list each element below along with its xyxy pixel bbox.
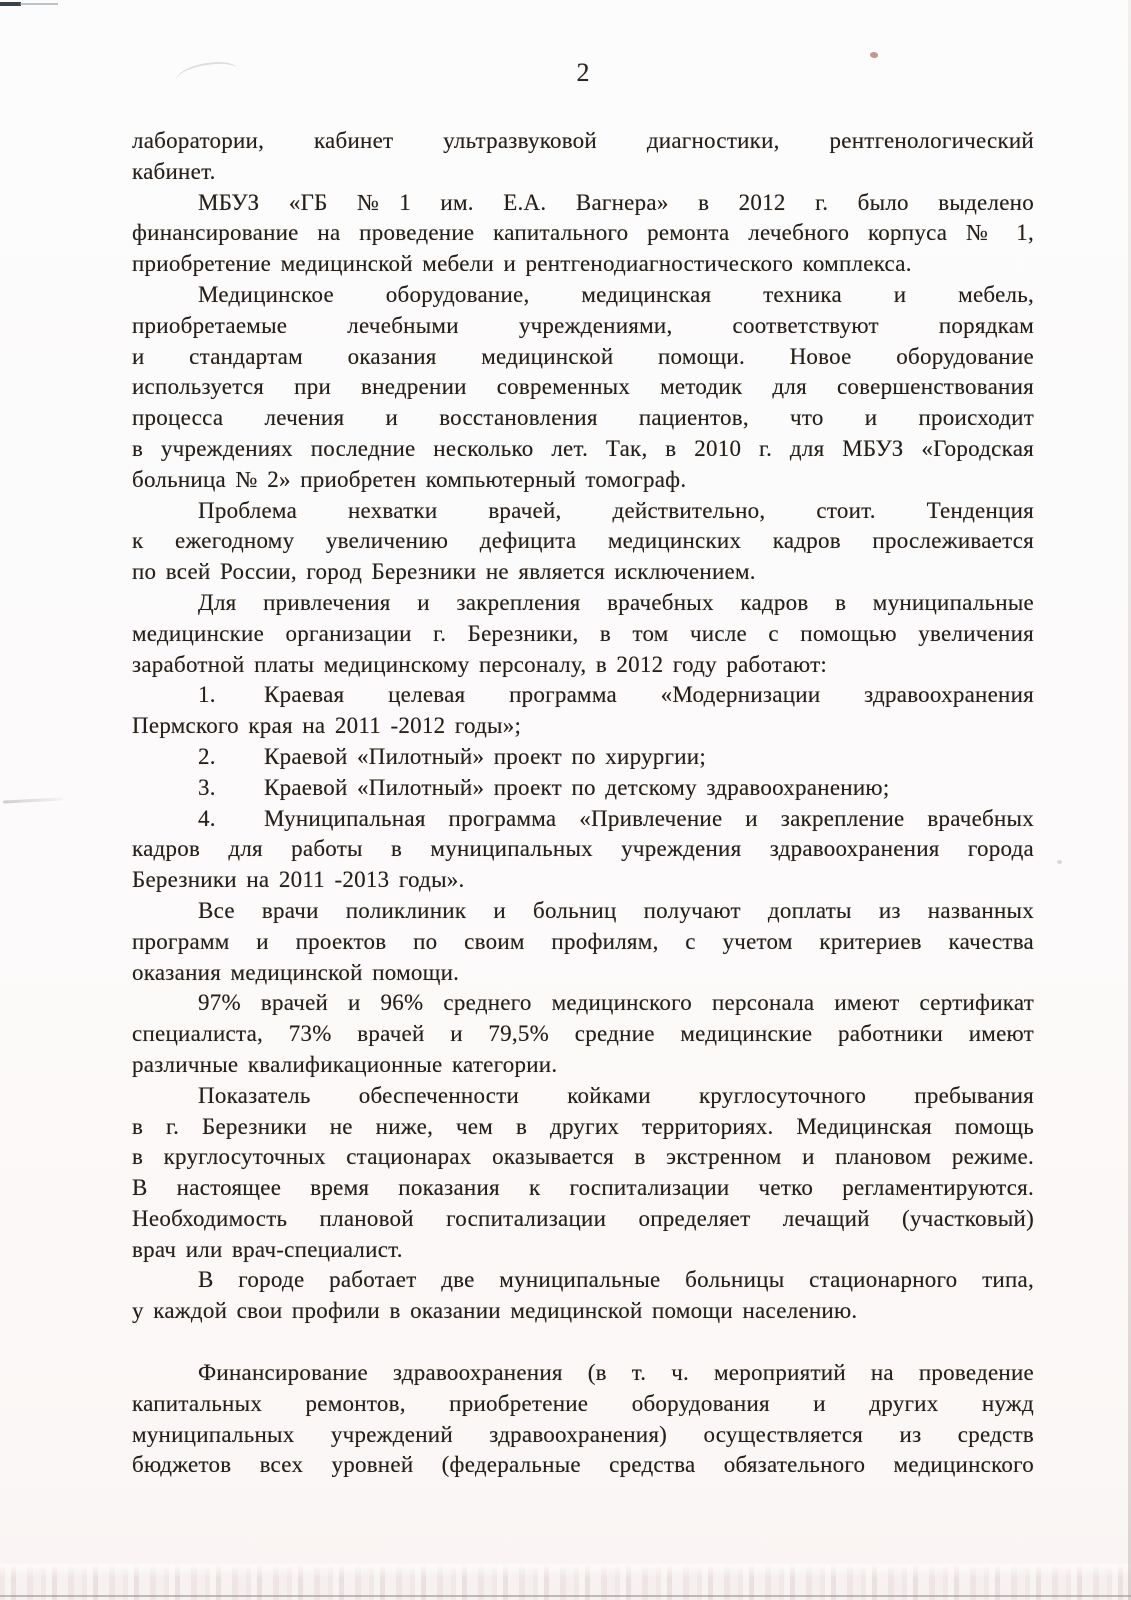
text-line: 3.Краевой «Пилотный» проект по детскому … <box>132 773 1034 804</box>
text-line: 97% врачей и 96% среднего медицинского п… <box>132 988 1034 1019</box>
margin-dot-artifact <box>1057 860 1062 864</box>
text-block: лаборатории, кабинет ультразвуковой диаг… <box>132 126 1034 1481</box>
list-number: 3. <box>198 773 264 804</box>
ink-dash-artifact <box>0 2 21 6</box>
text-line: Необходимость плановой госпитализации оп… <box>132 1204 1034 1235</box>
text-line: приобретение медицинской мебели и рентге… <box>132 249 1034 280</box>
text-line: 1.Краевая целевая программа «Модернизаци… <box>132 680 1034 711</box>
text-line: специалиста, 73% врачей и 79,5% средние … <box>132 1019 1034 1050</box>
text-line: больница № 2» приобретен компьютерный то… <box>132 465 1034 496</box>
text-line: заработной платы медицинскому персоналу,… <box>132 650 1034 681</box>
text-line: финансирование на проведение капитальног… <box>132 218 1034 249</box>
text-line: процесса лечения и восстановления пациен… <box>132 403 1034 434</box>
text-line: лаборатории, кабинет ультразвуковой диаг… <box>132 126 1034 157</box>
text-line: капитальных ремонтов, приобретение обору… <box>132 1389 1034 1420</box>
text-line: В городе работает две муниципальные боль… <box>132 1265 1034 1296</box>
list-number: 1. <box>198 680 264 711</box>
bottom-edge-line <box>0 1595 1131 1597</box>
text-line: Пермского края на 2011 -2012 годы»; <box>132 711 1034 742</box>
page-number: 2 <box>132 56 1034 90</box>
list-number: 2. <box>198 742 264 773</box>
text-line: Проблема нехватки врачей, действительно,… <box>132 496 1034 527</box>
text-line: В настоящее время показания к госпитализ… <box>132 1173 1034 1204</box>
text-line: оказания медицинской помощи. <box>132 958 1034 989</box>
text-line: бюджетов всех уровней (федеральные средс… <box>132 1450 1034 1481</box>
text-line: у каждой свои профили в оказании медицин… <box>132 1296 1034 1327</box>
text-line: различные квалификационные категории. <box>132 1050 1034 1081</box>
text-line: и стандартам оказания медицинской помощи… <box>132 342 1034 373</box>
text-line: врач или врач-специалист. <box>132 1235 1034 1266</box>
text-line: Для привлечения и закрепления врачебных … <box>132 588 1034 619</box>
text-line: Все врачи поликлиник и больниц получают … <box>132 896 1034 927</box>
document-body: 2 лаборатории, кабинет ультразвуковой ди… <box>132 0 1034 1481</box>
text-line: Показатель обеспеченности койками кругло… <box>132 1081 1034 1112</box>
text-line: в учреждениях последние несколько лет. Т… <box>132 434 1034 465</box>
text-line: медицинские организации г. Березники, в … <box>132 619 1034 650</box>
list-number: 4. <box>198 804 264 835</box>
text-line: в г. Березники не ниже, чем в других тер… <box>132 1112 1034 1143</box>
text-line: в круглосуточных стационарах оказывается… <box>132 1142 1034 1173</box>
text-line: кадров для работы в муниципальных учрежд… <box>132 834 1034 865</box>
text-line: используется при внедрении современных м… <box>132 372 1034 403</box>
scan-noise-fade <box>0 1564 1131 1578</box>
text-line: программ и проектов по своим профилям, с… <box>132 927 1034 958</box>
text-line: Медицинское оборудование, медицинская те… <box>132 280 1034 311</box>
text-line: 2.Краевой «Пилотный» проект по хирургии; <box>132 742 1034 773</box>
text-line: по всей России, город Березники не являе… <box>132 557 1034 588</box>
text-line: муниципальных учреждений здравоохранения… <box>132 1420 1034 1451</box>
text-line: 4.Муниципальная программа «Привлечение и… <box>132 804 1034 835</box>
text-line: кабинет. <box>132 157 1034 188</box>
ink-dash-tail-artifact <box>20 3 58 5</box>
text-line: приобретаемые лечебными учреждениями, со… <box>132 311 1034 342</box>
text-line: к ежегодному увеличению дефицита медицин… <box>132 526 1034 557</box>
text-line: Финансирование здравоохранения (в т. ч. … <box>132 1358 1034 1389</box>
text-line: Березники на 2011 -2013 годы». <box>132 865 1034 896</box>
text-line: МБУЗ «ГБ №1 им. Е.А. Вагнера» в 2012 г. … <box>132 188 1034 219</box>
